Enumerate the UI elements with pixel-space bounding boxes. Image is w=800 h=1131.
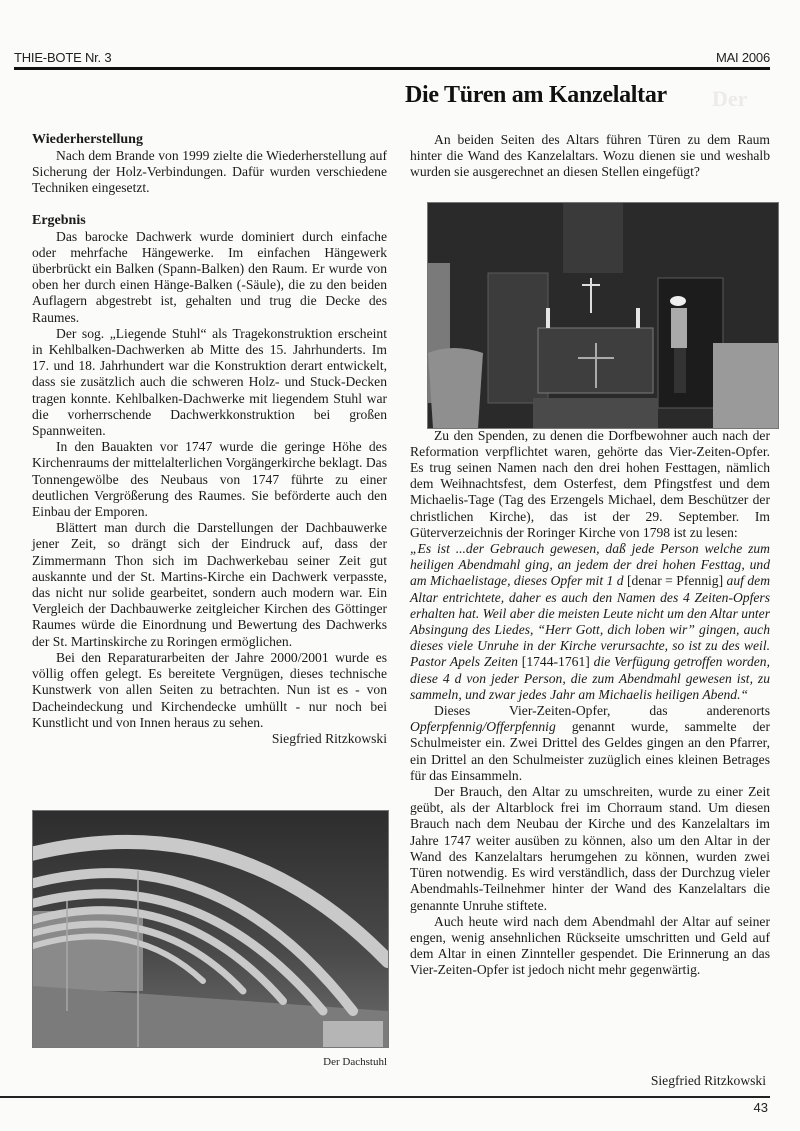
article-title: Die Türen am Kanzelaltar bbox=[405, 82, 705, 109]
intro-paragraph: An beiden Seiten des Altars führen Türen… bbox=[410, 132, 770, 181]
issue-date: MAI 2006 bbox=[716, 50, 770, 65]
photo-caption: Der Dachstuhl bbox=[230, 1056, 387, 1068]
altar-doors-photo bbox=[427, 202, 779, 429]
roof-truss-photo bbox=[32, 810, 389, 1048]
paragraph: Dieses Vier-Zeiten-Opfer, das anderenort… bbox=[410, 703, 770, 784]
footer-rule bbox=[0, 1096, 770, 1098]
paragraph: Blättert man durch die Darstellungen der… bbox=[32, 520, 387, 650]
publication-name: THIE-BOTE Nr. 3 bbox=[14, 50, 111, 65]
bleed-through-text: Der bbox=[712, 86, 747, 112]
paragraph: Nach dem Brande von 1999 zielte die Wied… bbox=[32, 148, 387, 197]
roof-truss-image bbox=[33, 811, 388, 1047]
paragraph: Das barocke Dachwerk wurde dominiert dur… bbox=[32, 229, 387, 326]
altar-image bbox=[428, 203, 778, 428]
author-signature: Siegfried Ritzkowski bbox=[32, 731, 387, 747]
page-number: 43 bbox=[754, 1100, 768, 1115]
paragraph: Bei den Reparaturarbeiten der Jahre 2000… bbox=[32, 650, 387, 731]
paragraph: Der sog. „Liegende Stuhl“ als Tragekonst… bbox=[32, 326, 387, 439]
section-heading-ergebnis: Ergebnis bbox=[32, 212, 387, 229]
header-rule bbox=[14, 67, 770, 70]
section-heading-wiederherstellung: Wiederherstellung bbox=[32, 131, 387, 148]
paragraph: In den Bauakten vor 1747 wurde die gerin… bbox=[32, 439, 387, 520]
paragraph: Der Brauch, den Altar zu umschreiten, wu… bbox=[410, 784, 770, 914]
author-signature-right: Siegfried Ritzkowski bbox=[651, 1073, 766, 1089]
historical-quote: „Es ist ...der Gebrauch gewesen, daß jed… bbox=[410, 541, 770, 703]
paragraph: Zu den Spenden, zu denen die Dorfbewohne… bbox=[410, 428, 770, 541]
paragraph: Auch heute wird nach dem Abendmahl der A… bbox=[410, 914, 770, 979]
left-column: Wiederherstellung Nach dem Brande von 19… bbox=[32, 131, 387, 747]
